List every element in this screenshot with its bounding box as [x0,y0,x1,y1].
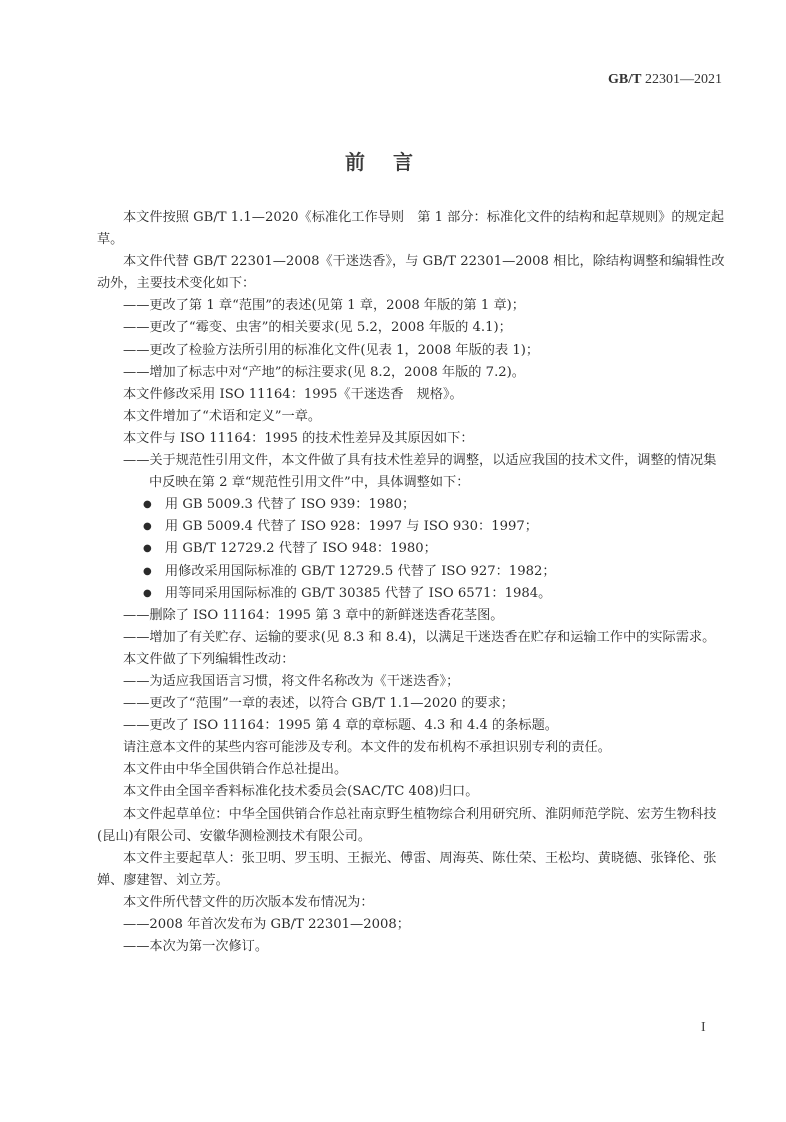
bullet-item: 用修改采用国际标准的 GB/T 12729.5 代替了 ISO 927：1982… [143,561,727,583]
paragraph: 本文件由中华全国供销合作总社提出。 [97,759,727,781]
dash-item: ——为适应我国语言习惯，将文件名称改为《干迷迭香》； [123,671,727,693]
page-number: I [701,1020,706,1036]
page-title: 前言 [0,146,786,175]
dash-item: ——2008 年首次发布为 GB/T 22301—2008； [123,914,727,936]
paragraph: 本文件主要起草人：张卫明、罗玉明、王振光、傅雷、周海英、陈仕荣、王松均、黄晓德、… [97,848,727,892]
paragraph: 本文件做了下列编辑性改动： [97,649,727,671]
dash-item: ——删除了 ISO 11164：1995 第 3 章中的新鲜迷迭香花茎图。 [123,605,727,627]
paragraph: 本文件所代替文件的历次版本发布情况为： [97,892,727,914]
dash-item: ——更改了 ISO 11164：1995 第 4 章的章标题、4.3 和 4.4… [123,715,727,737]
dash-item: ——本次为第一次修订。 [123,936,727,958]
dash-item: ——增加了标志中对“产地”的标注要求(见 8.2，2008 年版的 7.2)。 [123,362,727,384]
bullet-item: 用 GB 5009.3 代替了 ISO 939：1980； [143,494,727,516]
paragraph: 本文件由全国辛香料标准化技术委员会(SAC/TC 408)归口。 [97,781,727,803]
dash-item: ——增加了有关贮存、运输的要求(见 8.3 和 8.4)，以满足干迷迭香在贮存和… [123,627,727,649]
dash-item: ——更改了“霉变、虫害”的相关要求(见 5.2，2008 年版的 4.1)； [123,317,727,339]
standard-number: 22301—2021 [642,72,723,87]
paragraph: 本文件起草单位：中华全国供销合作总社南京野生植物综合利用研究所、淮阴师范学院、宏… [97,804,727,848]
standard-code-header: GB/T 22301—2021 [608,72,722,88]
paragraph: 请注意本文件的某些内容可能涉及专利。本文件的发布机构不承担识别专利的责任。 [97,737,727,759]
paragraph: 本文件与 ISO 11164：1995 的技术性差异及其原因如下： [97,428,727,450]
bullet-item: 用等同采用国际标准的 GB/T 30385 代替了 ISO 6571：1984。 [143,583,727,605]
paragraph: 本文件按照 GB/T 1.1—2020《标准化工作导则 第 1 部分：标准化文件… [97,207,727,251]
dash-item: ——更改了“范围”一章的表述，以符合 GB/T 1.1—2020 的要求； [123,693,727,715]
bullet-item: 用 GB 5009.4 代替了 ISO 928：1997 与 ISO 930：1… [143,516,727,538]
standard-prefix: GB/T [608,72,641,87]
paragraph: 本文件增加了“术语和定义”一章。 [97,406,727,428]
paragraph: 本文件代替 GB/T 22301—2008《干迷迭香》，与 GB/T 22301… [97,251,727,295]
bullet-item: 用 GB/T 12729.2 代替了 ISO 948：1980； [143,538,727,560]
foreword-body: 本文件按照 GB/T 1.1—2020《标准化工作导则 第 1 部分：标准化文件… [97,207,727,958]
paragraph: 本文件修改采用 ISO 11164：1995《干迷迭香 规格》。 [97,384,727,406]
dash-item: ——更改了检验方法所引用的标准化文件(见表 1，2008 年版的表 1)； [123,340,727,362]
dash-item: ——更改了第 1 章“范围”的表述(见第 1 章，2008 年版的第 1 章)； [123,295,727,317]
dash-item: ——关于规范性引用文件，本文件做了具有技术性差异的调整，以适应我国的技术文件，调… [123,450,727,494]
